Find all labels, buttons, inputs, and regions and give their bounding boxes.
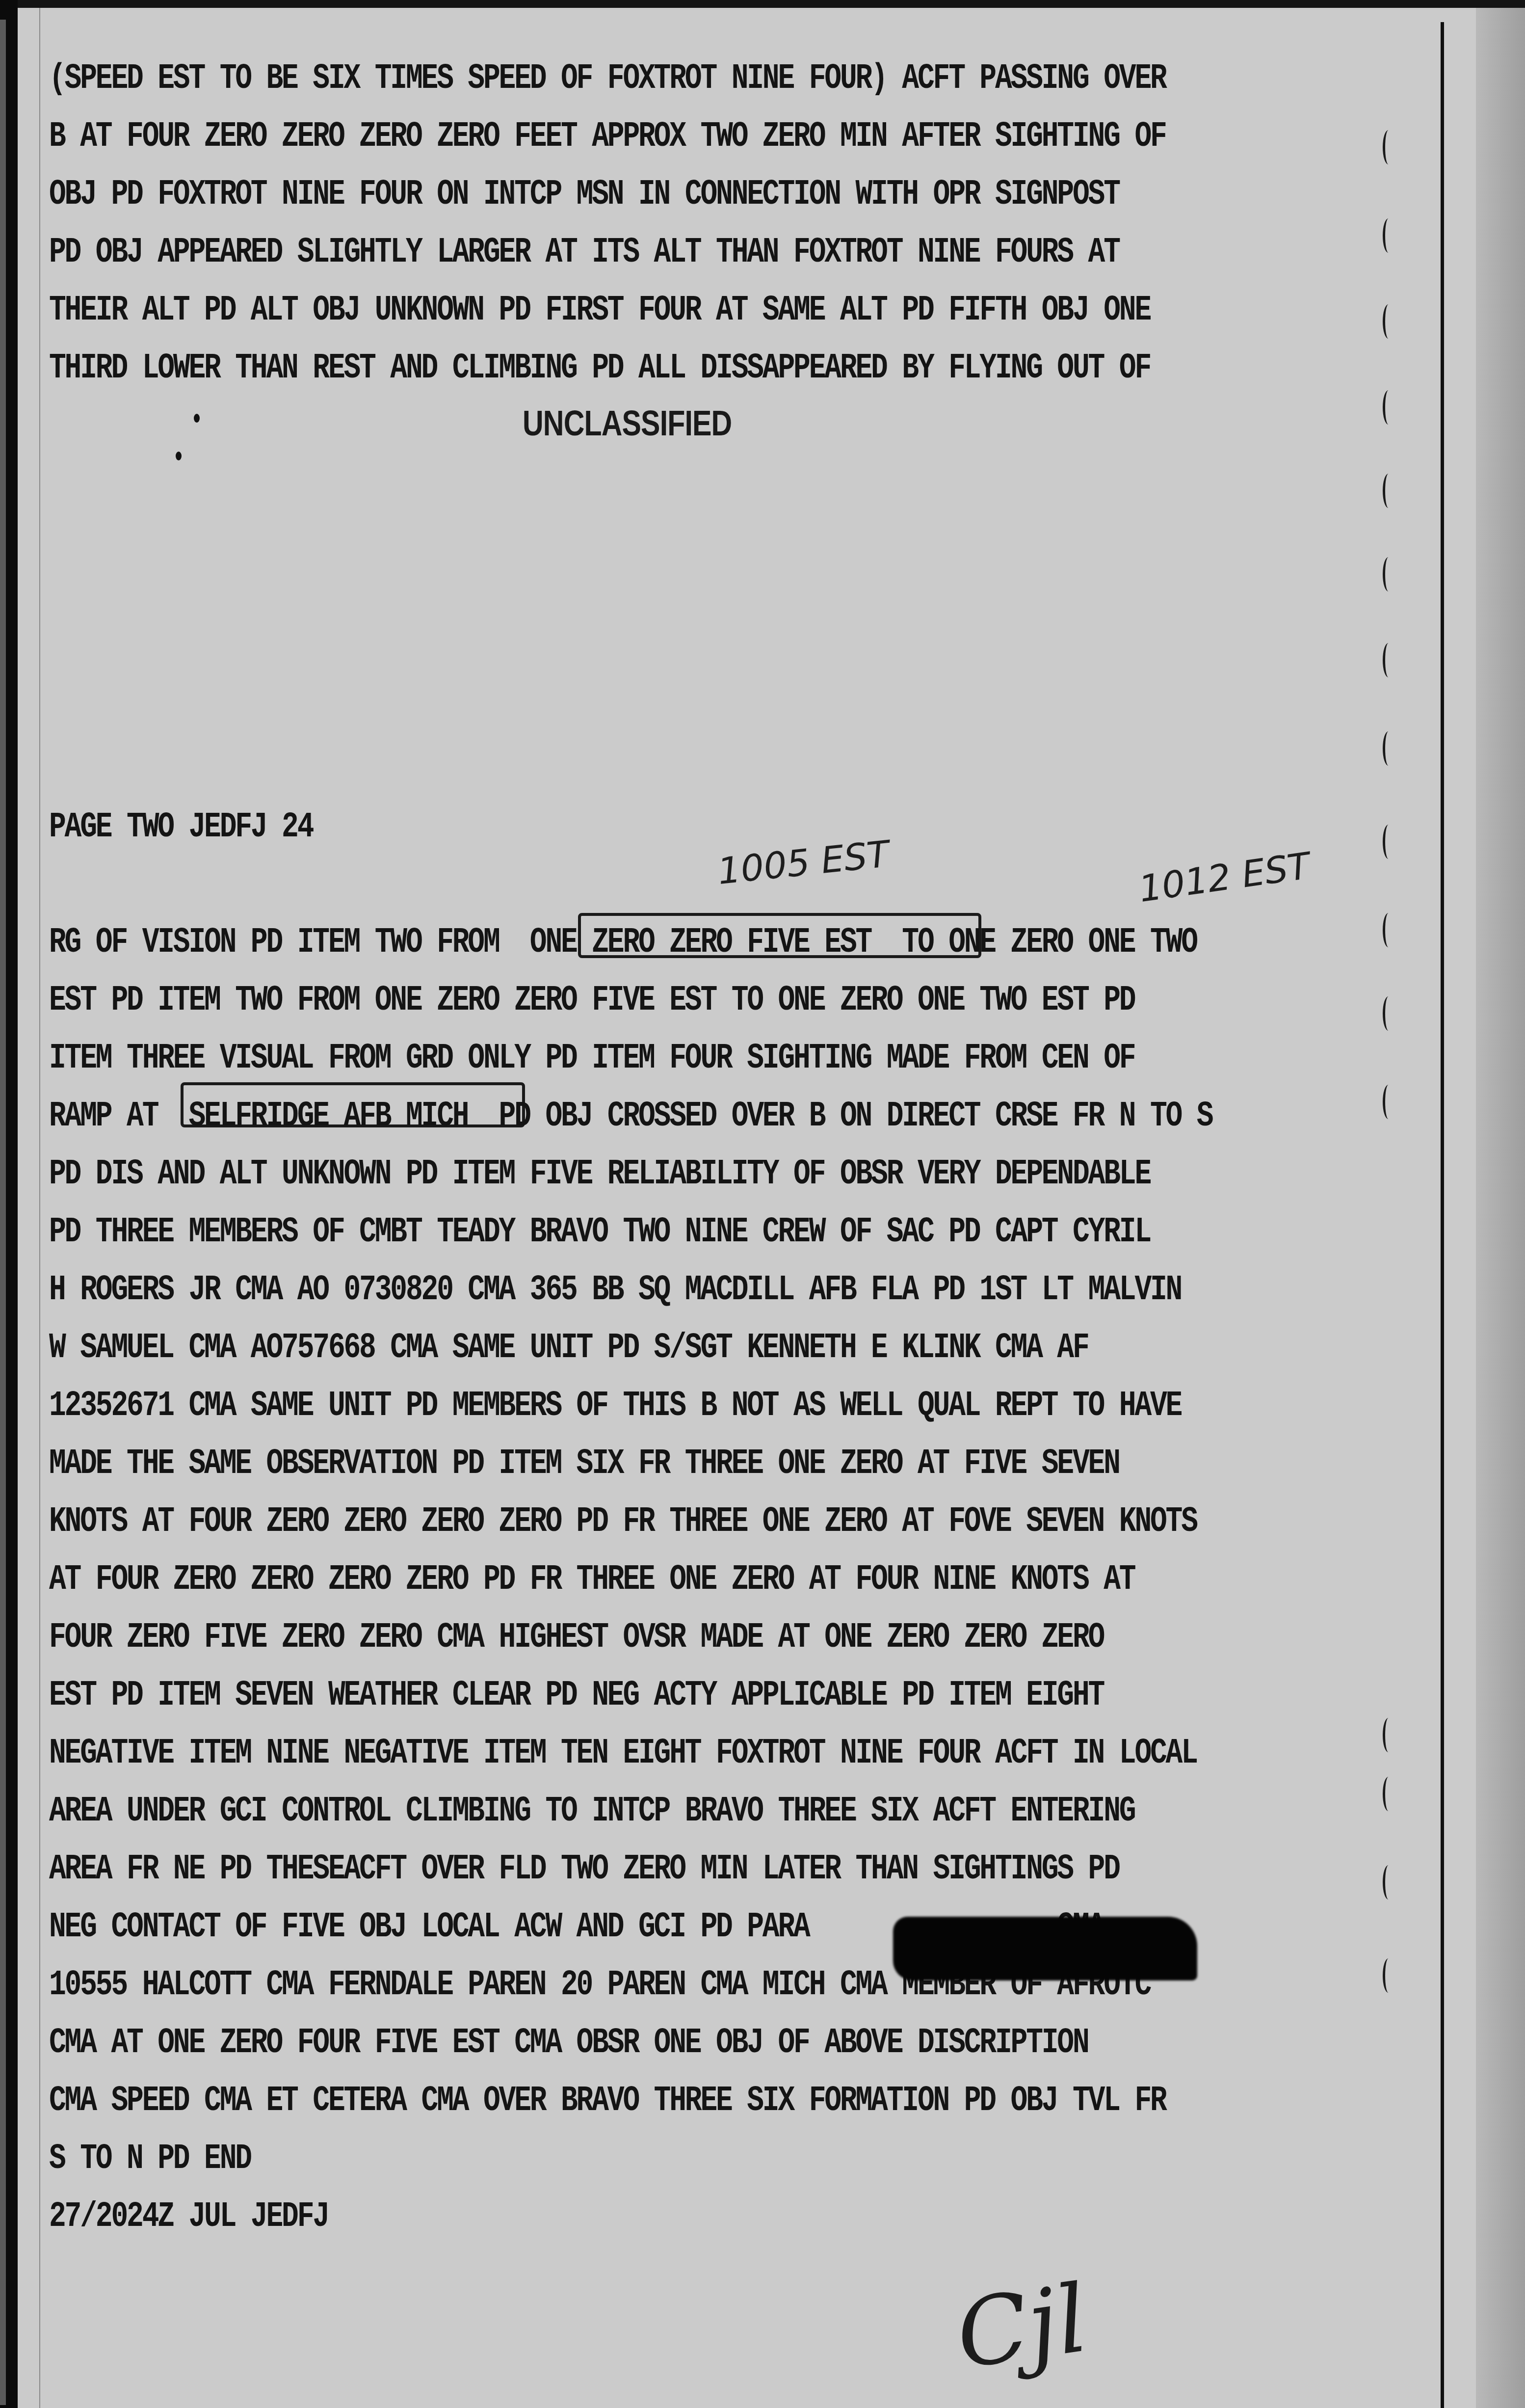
teletype-line: CMA SPEED CMA ET CETERA CMA OVER BRAVO T… [49,2081,1166,2122]
teletype-line: CMA AT ONE ZERO FOUR FIVE EST CMA OBSR O… [49,2023,1088,2064]
page-header: PAGE TWO JEDFJ 24 [49,807,313,848]
teletype-line: S TO N PD END [49,2139,251,2180]
margin-mark [1383,1865,1394,1900]
teletype-line: EST PD ITEM TWO FROM ONE ZERO ZERO FIVE … [49,981,1134,1021]
teletype-line: OBJ PD FOXTROT NINE FOUR ON INTCP MSN IN… [49,175,1119,215]
margin-mark [1383,1718,1394,1752]
margin-mark [1383,643,1394,677]
date-time-group: 27/2024Z JUL JEDFJ [49,2197,328,2238]
teletype-line: RG OF VISION PD ITEM TWO FROM ONE ZERO Z… [49,923,1197,963]
teletype-line: B AT FOUR ZERO ZERO ZERO ZERO FEET APPRO… [49,117,1166,158]
redaction-blot [893,1917,1197,1980]
margin-mark [1383,390,1394,425]
teletype-line: AREA FR NE PD THESEACFT OVER FLD TWO ZER… [49,1849,1119,1890]
teletype-line: THIRD LOWER THAN REST AND CLIMBING PD AL… [49,348,1150,389]
teletype-line: 12352671 CMA SAME UNIT PD MEMBERS OF THI… [49,1386,1181,1427]
teletype-line: PD OBJ APPEARED SLIGHTLY LARGER AT ITS A… [49,233,1119,273]
teletype-line: ITEM THREE VISUAL FROM GRD ONLY PD ITEM … [49,1039,1134,1079]
margin-mark [1383,218,1394,253]
teletype-line: FOUR ZERO FIVE ZERO ZERO CMA HIGHEST OVS… [49,1618,1104,1659]
margin-mark [1383,304,1394,339]
right-margin-rule [1441,22,1444,2408]
margin-mark [1383,557,1394,591]
scan-left-edge [0,20,6,2405]
teletype-line: W SAMUEL CMA AO757668 CMA SAME UNIT PD S… [49,1328,1088,1369]
teletype-line: EST PD ITEM SEVEN WEATHER CLEAR PD NEG A… [49,1676,1104,1716]
scan-right-edge [1476,8,1525,2408]
margin-mark [1383,825,1394,859]
teletype-line: RAMP AT SELFRIDGE AFB MICH PD OBJ CROSSE… [49,1097,1212,1137]
punch-mark [176,452,182,460]
teletype-line: MADE THE SAME OBSERVATION PD ITEM SIX FR… [49,1444,1119,1485]
teletype-line: PD THREE MEMBERS OF CMBT TEADY BRAVO TWO… [49,1212,1150,1253]
teletype-line: NEGATIVE ITEM NINE NEGATIVE ITEM TEN EIG… [49,1734,1197,1774]
left-margin-line [39,8,40,2408]
teletype-line: AT FOUR ZERO ZERO ZERO ZERO PD FR THREE … [49,1560,1134,1601]
margin-mark [1383,1958,1394,1993]
margin-mark [1383,130,1394,164]
punch-mark [194,414,200,423]
classification-stamp: UNCLASSIFIED [523,403,732,444]
handwritten-initials: Cjl [950,2264,1094,2390]
teletype-line: H ROGERS JR CMA AO 0730820 CMA 365 BB SQ… [49,1270,1181,1311]
margin-mark [1383,996,1394,1031]
margin-mark [1383,474,1394,508]
margin-mark [1383,1085,1394,1119]
teletype-line: (SPEED EST TO BE SIX TIMES SPEED OF FOXT… [49,59,1166,100]
margin-mark [1383,1777,1394,1811]
teletype-line: AREA UNDER GCI CONTROL CLIMBING TO INTCP… [49,1792,1134,1832]
teletype-line: KNOTS AT FOUR ZERO ZERO ZERO ZERO PD FR … [49,1502,1197,1543]
margin-mark [1383,731,1394,766]
teletype-line: PD DIS AND ALT UNKNOWN PD ITEM FIVE RELI… [49,1154,1150,1195]
margin-mark [1383,913,1394,947]
teletype-line: THEIR ALT PD ALT OBJ UNKNOWN PD FIRST FO… [49,291,1150,331]
